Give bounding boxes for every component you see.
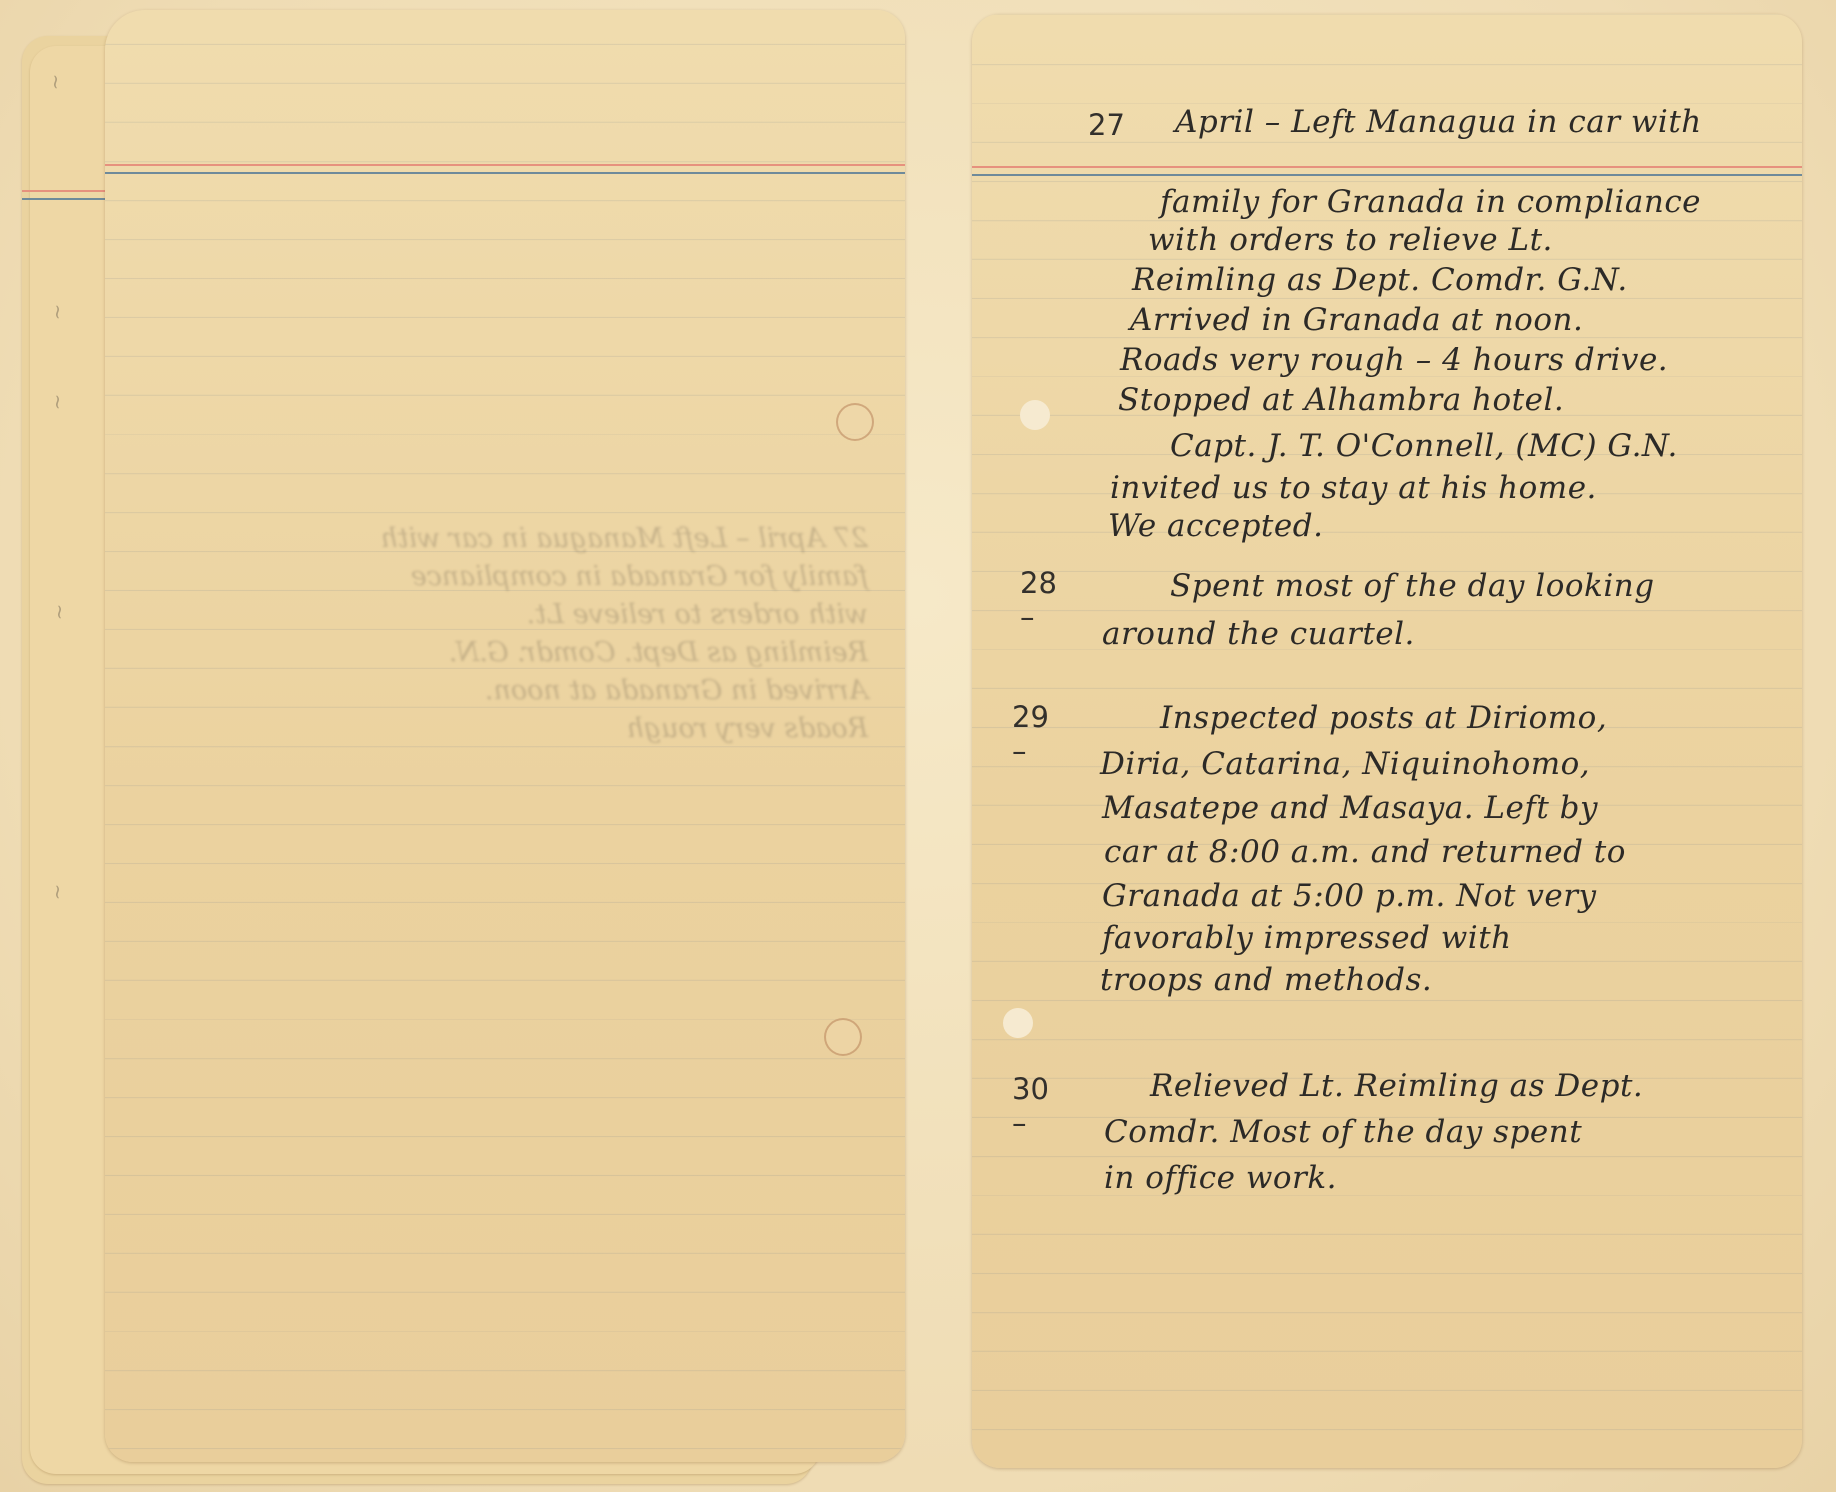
entry-line: invited us to stay at his home.: [1110, 470, 1597, 506]
margin-mark: ~: [48, 604, 72, 621]
underlying-sheet-blue-rule: [22, 198, 105, 200]
punch-hole-ring: [824, 1018, 862, 1056]
punch-hole: [1003, 1008, 1033, 1038]
entry-line: Reimling as Dept. Comdr. G.N.: [1132, 262, 1628, 298]
entry-line: April – Left Managua in car with: [1175, 104, 1702, 140]
bleed-through-text: 27 April – Left Managua in car with fami…: [128, 520, 868, 748]
header-blue-rule: [972, 174, 1802, 176]
margin-mark: ~: [46, 884, 70, 901]
header-red-rule: [105, 164, 905, 166]
bleed-line: Reimling as Dept. Comdr. G.N.: [128, 634, 868, 672]
entry-line: around the cuartel.: [1102, 616, 1415, 652]
entry-line: Stopped at Alhambra hotel.: [1118, 382, 1564, 418]
entry-line: We accepted.: [1108, 508, 1323, 544]
entry-line: Capt. J. T. O'Connell, (MC) G.N.: [1170, 428, 1678, 464]
entry-line: Inspected posts at Diriomo,: [1160, 700, 1607, 736]
bleed-line: Roads very rough: [128, 710, 868, 748]
entry-line: favorably impressed with: [1102, 920, 1512, 956]
entry-line: Relieved Lt. Reimling as Dept.: [1150, 1068, 1643, 1104]
entry-line: Comdr. Most of the day spent: [1104, 1114, 1582, 1150]
bleed-line: with orders to relieve Lt.: [128, 596, 868, 634]
bleed-line: 27 April – Left Managua in car with: [128, 520, 868, 558]
entry-date: 29 –: [1012, 700, 1049, 768]
margin-mark: ~: [44, 74, 68, 91]
bleed-line: family for Granada in compliance: [128, 558, 868, 596]
entry-line: Granada at 5:00 p.m. Not very: [1102, 878, 1597, 914]
entry-line: with orders to relieve Lt.: [1148, 222, 1553, 258]
margin-mark: ~: [46, 394, 70, 411]
entry-line: family for Granada in compliance: [1160, 184, 1701, 220]
entry-line: car at 8:00 a.m. and returned to: [1104, 834, 1626, 870]
entry-line: Masatepe and Masaya. Left by: [1102, 790, 1598, 826]
entry-line: in office work.: [1104, 1160, 1337, 1196]
underlying-sheet-red-rule: [22, 190, 105, 192]
entry-line: Spent most of the day looking: [1170, 568, 1655, 604]
entry-date: 30 –: [1012, 1072, 1049, 1140]
punch-hole-ring: [836, 403, 874, 441]
bleed-line: Arrived in Granada at noon.: [128, 672, 868, 710]
punch-hole: [1020, 400, 1050, 430]
entry-date: 28 –: [1020, 566, 1057, 634]
entry-line: Roads very rough – 4 hours drive.: [1120, 342, 1668, 378]
entry-line: troops and methods.: [1100, 962, 1432, 998]
header-red-rule: [972, 166, 1802, 168]
entry-line: Arrived in Granada at noon.: [1130, 302, 1583, 338]
header-blue-rule: [105, 172, 905, 174]
margin-mark: ~: [46, 304, 70, 321]
entry-date: 27: [1088, 108, 1125, 142]
entry-line: Diria, Catarina, Niquinohomo,: [1100, 746, 1590, 782]
